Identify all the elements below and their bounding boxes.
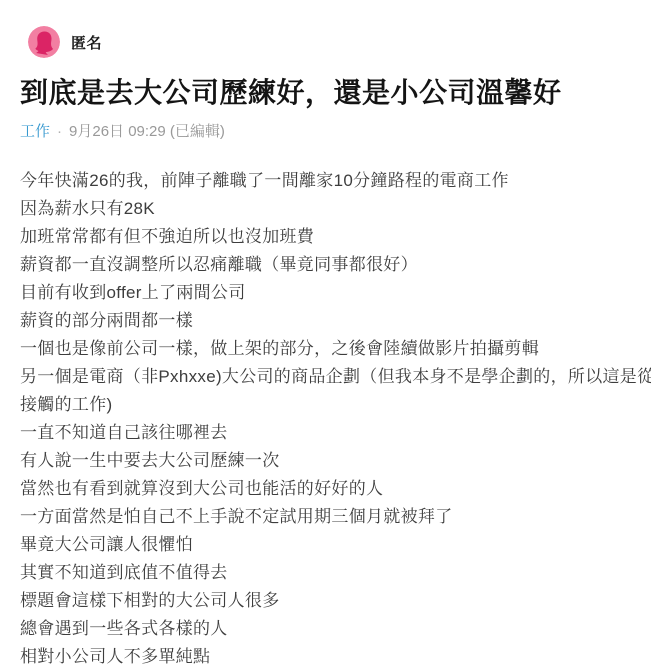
post-page: 匿名 到底是去大公司歷練好，還是小公司溫馨好 工作 · 9月26日 09:29 … <box>0 0 651 666</box>
meta-separator: · <box>57 123 62 141</box>
body-line: 一直不知道自己該往哪裡去 <box>20 419 631 447</box>
body-line: 一方面當然是怕自己不上手說不定試用期三個月就被拜了 <box>20 503 631 531</box>
body-line: 因為薪水只有28K <box>20 195 631 223</box>
post-timestamp: 9月26日 09:29 (已編輯) <box>69 123 225 141</box>
body-line: 另一個是電商（非Pxhxxe)大公司的商品企劃（但我本身不是學企劃的，所以這是從… <box>20 363 631 391</box>
body-line: 加班常常都有但不強迫所以也沒加班費 <box>20 223 631 251</box>
body-line: 總會遇到一些各式各樣的人 <box>20 615 631 643</box>
topic-link[interactable]: 工作 <box>20 123 50 141</box>
person-silhouette-icon <box>28 26 60 58</box>
author-name: 匿名 <box>71 32 102 53</box>
body-line: 畢竟大公司讓人很懼怕 <box>20 531 631 559</box>
post-body: 今年快滿26的我，前陣子離職了一間離家10分鐘路程的電商工作因為薪水只有28K加… <box>20 167 631 666</box>
body-line: 標題會這樣下相對的大公司人很多 <box>20 587 631 615</box>
body-line: 接觸的工作) <box>20 391 631 419</box>
anonymous-avatar <box>28 26 60 58</box>
body-line: 今年快滿26的我，前陣子離職了一間離家10分鐘路程的電商工作 <box>20 167 631 195</box>
body-line: 有人說一生中要去大公司歷練一次 <box>20 447 631 475</box>
author-row: 匿名 <box>28 26 631 58</box>
body-line: 相對小公司人不多單純點 <box>20 643 631 666</box>
body-line: 其實不知道到底值不值得去 <box>20 559 631 587</box>
body-line: 薪資都一直沒調整所以忍痛離職（畢竟同事都很好） <box>20 251 631 279</box>
post-title: 到底是去大公司歷練好，還是小公司溫馨好 <box>20 78 631 108</box>
body-line: 薪資的部分兩間都一樣 <box>20 307 631 335</box>
body-line: 目前有收到offer上了兩間公司 <box>20 279 631 307</box>
post-meta: 工作 · 9月26日 09:29 (已編輯) <box>20 123 631 141</box>
body-line: 當然也有看到就算沒到大公司也能活的好好的人 <box>20 475 631 503</box>
body-line: 一個也是像前公司一樣，做上架的部分，之後會陸續做影片拍攝剪輯 <box>20 335 631 363</box>
